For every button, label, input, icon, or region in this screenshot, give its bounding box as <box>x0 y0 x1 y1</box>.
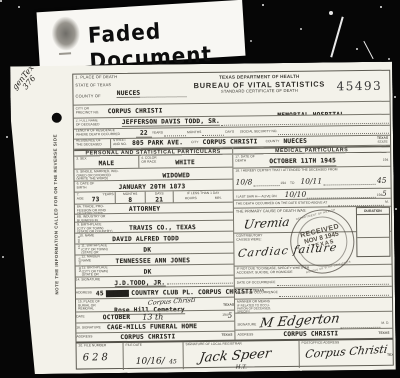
medical-column: DURATION DEPARTMENT OF HEALTH RECEIVED N… <box>232 153 392 340</box>
ink-smudge <box>51 16 81 52</box>
duration-label: DURATION <box>357 208 389 215</box>
registrar-label: SIGNATURE OF LOCAL REGISTRAR <box>186 342 297 347</box>
maiden-label-2: NAME <box>81 259 103 263</box>
registrar-handwriting: Jack Speer <box>198 346 272 366</box>
ssn-label: (SOCIAL SECURITY NO. <box>240 130 277 134</box>
file-date-handwriting: 10/16/ <box>136 356 165 366</box>
days-label: DAYS <box>225 130 234 134</box>
burial-date-handwriting: 13 th <box>142 312 163 321</box>
physician-signature-label: SIGNATURE <box>237 324 256 328</box>
scan-noise <box>0 0 2 2</box>
address-label: ADDRESS <box>237 333 253 337</box>
dotted-rule <box>166 276 233 285</box>
state-label: STATE OF TEXAS <box>75 82 187 88</box>
dotted-rule <box>279 288 389 298</box>
months-label: MONTHS <box>187 131 201 135</box>
file-date-year-handwriting: 45 <box>169 358 177 365</box>
faded-document-slip: Faded Document <box>36 0 245 68</box>
informant-address-no: 45 <box>96 290 104 297</box>
physician-address-value: CORPUS CHRISTI <box>283 330 338 338</box>
age-hours-label: HOURS <box>185 197 197 201</box>
fullname-label-2: OF DECEASED <box>76 123 116 127</box>
funeral-address-value: CORPUS CHRISTI <box>120 333 175 341</box>
dotted-rule <box>141 96 186 98</box>
city-value: CORPUS CHRISTI <box>108 107 163 115</box>
margin-annotation: genTex 376 <box>11 64 42 97</box>
age-years-label: YEARS <box>103 193 114 202</box>
street-value: 805 PARK AVE. <box>132 139 183 147</box>
primary-cause-handwriting: Uremia <box>243 215 291 232</box>
file-date-cell: FILE DATE 10/16/ 45 <box>123 342 183 370</box>
county-label: COUNTY OF <box>75 94 100 99</box>
personal-column: FATHER MOTHER 3. SEX MALE 4. COLOR OR RA… <box>74 155 234 342</box>
header-row: 1. PLACE OF DEATH STATE OF TEXAS COUNTY … <box>73 71 389 105</box>
dod-label-2: DEATH <box>235 159 257 163</box>
certify-label: 18. I HEREBY CERTIFY THAT I ATTENDED THE… <box>235 168 388 173</box>
funeral-label: 16. SIGNATURE <box>76 326 101 330</box>
years-label: YEARS <box>152 131 163 135</box>
street-label-2: AND NO. <box>113 143 130 147</box>
reverse-side-note: NOTE THE INFORMATION CALLED FOR ON THE R… <box>52 114 59 314</box>
sex-value: MALE <box>99 160 115 167</box>
burial-city-handwriting: Corpus Christi <box>147 296 196 307</box>
attended-to-handwriting: 10/11 <box>300 176 322 185</box>
stamp-state: TEXAS <box>292 234 354 255</box>
sex-label: 3. SEX <box>76 157 86 167</box>
dob-label-2: BIRTH <box>77 186 103 190</box>
physician-md-label: M. D. <box>381 322 389 326</box>
race-label-2: OR RACE <box>141 160 161 164</box>
file-date-label: FILE DATE <box>126 343 181 347</box>
age-min-label: MIN. <box>215 196 222 200</box>
dotted-rule <box>164 129 186 137</box>
res-county-label: COUNTY <box>266 140 280 144</box>
scan-scratch <box>363 41 373 59</box>
attended-to-label: TO <box>290 182 295 186</box>
place-of-death-label: 1. PLACE OF DEATH <box>75 74 187 80</box>
stamp-received: RECEIVED <box>289 221 351 242</box>
age-years-value: 73 <box>92 196 100 202</box>
residence-years-value: 22 <box>136 129 152 137</box>
res-county-value: NUECES <box>283 138 307 145</box>
attended-row: 18. I HEREBY CERTIFY THAT I ATTENDED THE… <box>233 166 390 190</box>
dotted-rule <box>253 185 279 186</box>
certificate-paper: genTex 376 NOTE THE INFORMATION CALLED F… <box>10 62 396 375</box>
occurred-label: THE DEATH OCCURRED ON THE DATE STATED AB… <box>236 201 327 206</box>
file-number-label: 20. FILE NUMBER <box>79 344 121 348</box>
informant-address-redacted: XXXXXX <box>106 289 130 296</box>
dotted-rule <box>323 184 376 186</box>
duration-divider <box>357 237 389 238</box>
dotted-rule <box>202 128 224 136</box>
particulars-row: FATHER MOTHER 3. SEX MALE 4. COLOR OR RA… <box>74 153 392 342</box>
city-label-2: PRECINCT NO. <box>76 111 108 115</box>
ink-smudge-mark <box>59 52 71 55</box>
reslen-label-2: WHERE DEATH OCCURRED <box>76 133 134 137</box>
funeral-address-state: TEXAS <box>221 334 232 338</box>
postoffice-state: TEXAS <box>387 354 393 358</box>
physician-address-state: TEXAS <box>378 331 389 335</box>
dotted-rule <box>340 315 380 328</box>
serial-number: 45493 <box>336 79 382 94</box>
department-header: TEXAS DEPARTMENT OF HEALTH BUREAU OF VIT… <box>189 71 329 103</box>
res-city-value: CORPUS CHRISTI <box>203 138 258 146</box>
occurrence-place-label: PLACE OF OCCURRENCE <box>237 291 278 295</box>
scan-scratch <box>330 17 343 58</box>
last-saw-handwriting: 10/10 <box>285 190 307 199</box>
file-number-handwriting: 628 <box>83 352 121 363</box>
county-value: NUECES <box>117 90 141 98</box>
res-city-label: CITY <box>191 141 199 145</box>
age-label: 7. AGE <box>77 193 84 202</box>
funeral-value: CAGE-MILLS FUNERAL HOME <box>107 323 197 331</box>
duration-box: DURATION <box>356 207 391 257</box>
stamp-date: NOV 8 1945 <box>291 227 353 248</box>
attended-year-prefix: 194 <box>280 182 286 186</box>
certificate-form: 1. PLACE OF DEATH STATE OF TEXAS COUNTY … <box>72 70 394 370</box>
attended-from-handwriting: 10/8 <box>236 177 253 186</box>
fullname-value: JEFFERSON DAVIS TODD, SR. <box>122 118 220 127</box>
place-of-death-block: 1. PLACE OF DEATH STATE OF TEXAS COUNTY … <box>73 73 189 104</box>
residence-label-2: THE DECEASED <box>76 143 108 147</box>
registrar-footer-row: 20. FILE NUMBER 628 FILE DATE 10/16/ 45 … <box>77 338 393 371</box>
occurred-suffix: M. <box>385 200 389 204</box>
burial-year-handwriting: 5 <box>228 312 233 320</box>
last-saw-year-handwriting: 5 <box>382 190 387 198</box>
address-label: ADDRESS <box>76 292 92 296</box>
serial-block: 45493 <box>329 71 389 102</box>
physician-signature-row: SIGNATURE M Edgerton M. D. <box>235 311 392 330</box>
burial-date-label: DATE <box>76 316 85 320</box>
occurrence-date-label: DATE OF OCCURRENCE <box>237 281 276 285</box>
postoffice-cell: POSTOFFICE ADDRESS Corpus Christi TEXAS <box>299 340 393 368</box>
registrar-cell: SIGNATURE OF LOCAL REGISTRAR Jack Speer … <box>183 341 299 369</box>
informant-label: 14. SIGNATURE <box>76 278 101 287</box>
race-value: WHITE <box>175 159 195 166</box>
father-label: 10. NAME <box>79 234 94 243</box>
address-label: ADDRESS <box>76 336 92 340</box>
attended-year-handwriting: 45 <box>377 175 387 184</box>
res-state-label: STATE <box>377 140 388 144</box>
burial-date-value: OCTOBER <box>103 313 131 320</box>
dept-line3: STANDARD CERTIFICATE OF DEATH <box>191 89 327 95</box>
file-number-cell: 20. FILE NUMBER 628 <box>77 343 123 371</box>
